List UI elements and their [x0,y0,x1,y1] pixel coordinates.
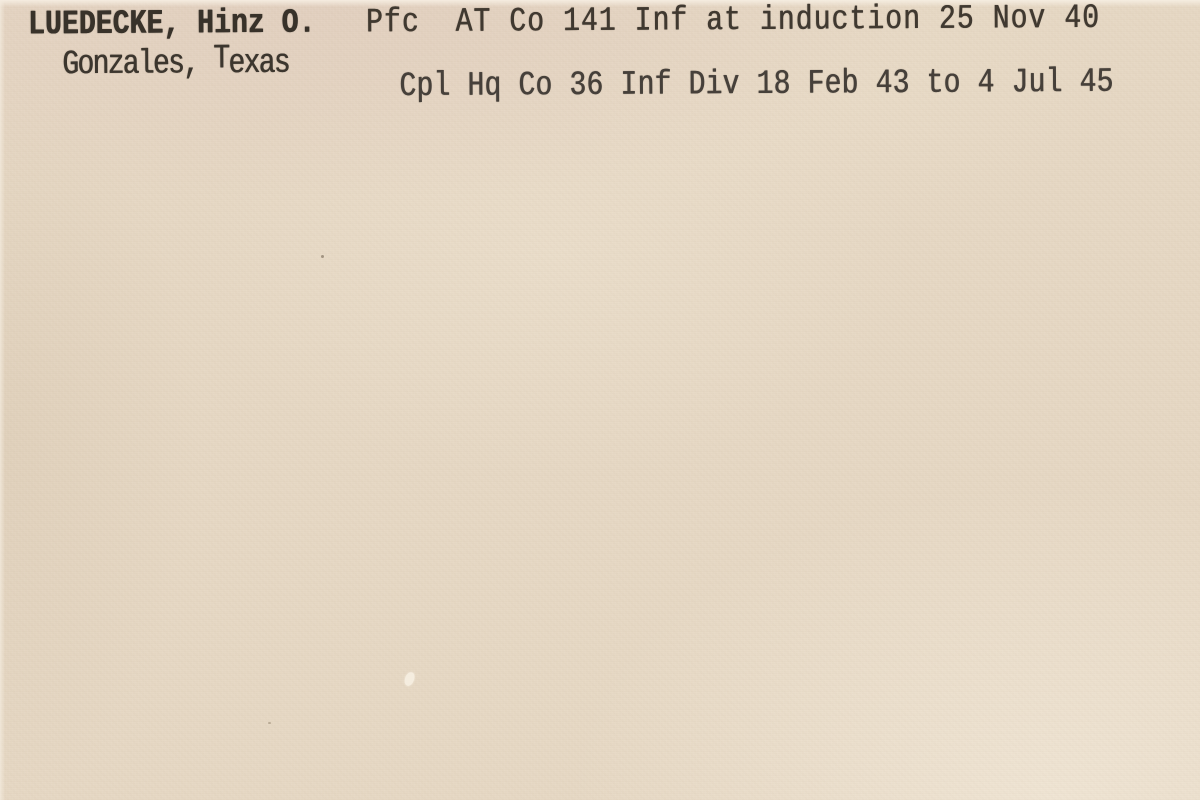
service-entry-induction: Pfc AT Co 141 Inf at induction 25 Nov 40 [366,2,1100,41]
location-raised-letter: T [213,40,228,78]
typed-text-block: LUEDECKE, Hinz O. Pfc AT Co 141 Inf at i… [0,0,1200,800]
location-prefix: Gonzales, [62,45,213,84]
location-suffix: exas [228,45,289,83]
index-card-scan: LUEDECKE, Hinz O. Pfc AT Co 141 Inf at i… [0,0,1200,800]
card-location: Gonzales, Texas [62,47,289,83]
service-entry-division: Cpl Hq Co 36 Inf Div 18 Feb 43 to 4 Jul … [399,66,1113,105]
card-name: LUEDECKE, Hinz O. [28,7,316,43]
